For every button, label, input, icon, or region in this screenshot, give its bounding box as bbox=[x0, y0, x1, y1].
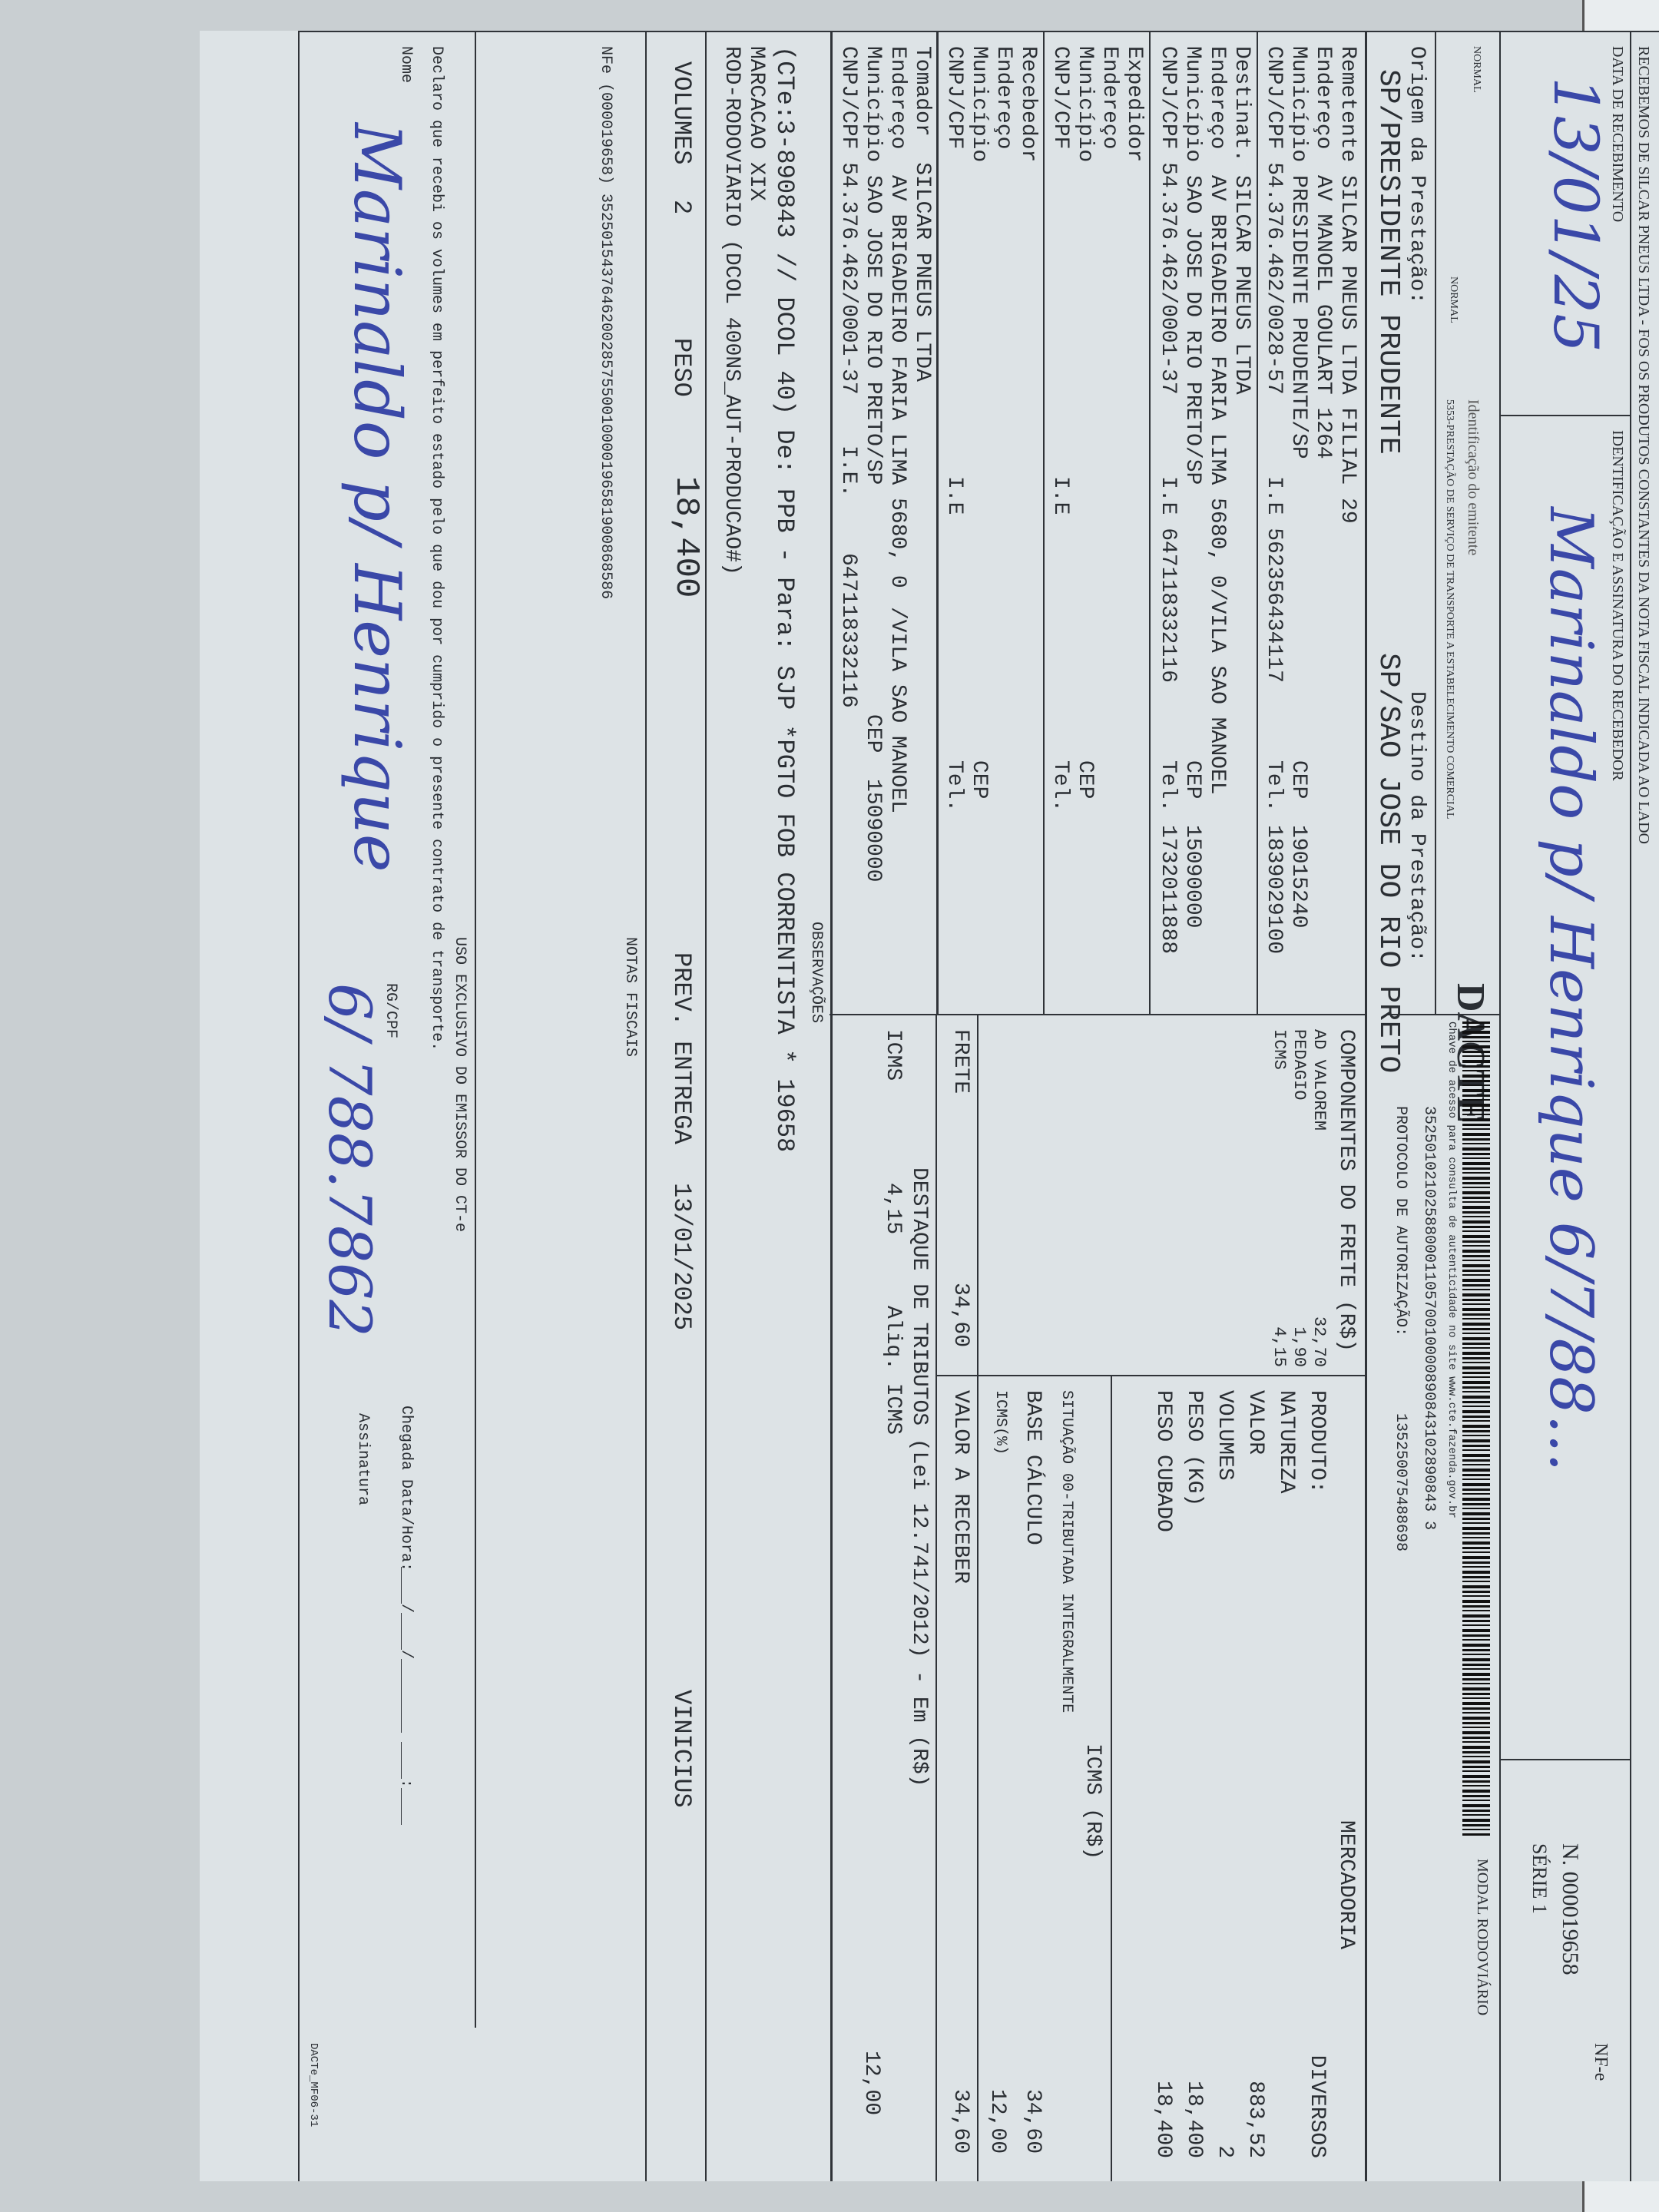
destinatario-address: AV BRIGADEIRO FARIA LIMA 5680, 0/VILA SA… bbox=[1205, 175, 1229, 795]
rg-handwritten[interactable]: 6/ 788.7862 bbox=[316, 983, 384, 1337]
volumes-label: VOLUMES bbox=[665, 61, 697, 164]
access-key-label: Chave de acesso para consulta de autenti… bbox=[1445, 1022, 1458, 1518]
origin-label: Origem da Prestação: bbox=[1404, 46, 1429, 304]
field-label: I.E bbox=[1048, 476, 1072, 515]
recebedor-label: Recebedor bbox=[1015, 46, 1040, 162]
tomador-district: /VILA SAO MANOEL bbox=[885, 607, 909, 813]
observation-line-3: ROD-RODOVIARIO (DCOL 400NS_AUT-PRODUCAO#… bbox=[719, 46, 743, 575]
frete-value: 34,60 bbox=[948, 1283, 972, 1347]
cte-type-right: NORMAL bbox=[1447, 276, 1459, 323]
field-label: Tel. bbox=[942, 760, 966, 812]
declaration: Declaro que recebi os volumes em perfeit… bbox=[427, 46, 445, 1051]
field-label: Endereço bbox=[991, 46, 1015, 149]
tomador-name: SILCAR PNEUS LTDA bbox=[910, 162, 934, 382]
field-label: CEP bbox=[861, 714, 885, 753]
modal-label: MODAL RODOVIÁRIO bbox=[1473, 1859, 1492, 2015]
icms-title: ICMS (R$) bbox=[1080, 1743, 1104, 1859]
icms-rate-value: 12,00 bbox=[985, 2089, 1009, 2154]
emitter-use-title: USO EXCLUSIVO DO EMISSOR DO CT-e bbox=[450, 937, 469, 1232]
remetente-ie: 562356434117 bbox=[1262, 528, 1286, 683]
icms-base-value: 34,60 bbox=[1020, 2089, 1045, 2154]
destination-label: Destino da Prestação: bbox=[1404, 691, 1429, 962]
destinatario-cnpj: 54.376.462/0001-37 bbox=[1156, 162, 1180, 394]
field-label: CNPJ/CPF bbox=[836, 46, 860, 149]
cargo-row-label: NATUREZA bbox=[1273, 1390, 1298, 1493]
field-label: I.E. bbox=[836, 445, 860, 497]
remetente-label: Remetente bbox=[1336, 46, 1359, 162]
protocol-label: PROTOCOLO DE AUTORIZAÇÃO: bbox=[1391, 1106, 1409, 1336]
form-code: DACTe_MF06-31 bbox=[307, 2043, 320, 2127]
origin-value: SP/PRESIDENTE PRUDENTE bbox=[1372, 69, 1404, 455]
field-label: Município bbox=[1072, 46, 1097, 162]
cargo-row-label: PESO (KG) bbox=[1181, 1390, 1206, 1506]
field-label: CNPJ/CPF bbox=[1262, 46, 1286, 149]
expedidor-label: Expedidor bbox=[1121, 46, 1146, 162]
access-key[interactable]: 3525010210258800011057001000089084310289… bbox=[1419, 1106, 1438, 1530]
remetente-city: PRESIDENTE PRUDENTE/SP bbox=[1286, 175, 1310, 459]
invoices-title: NOTAS FISCAIS bbox=[621, 937, 639, 1057]
cargo-row-value: DIVERSOS bbox=[1304, 2055, 1329, 2158]
nfe-label: NF-e bbox=[1588, 2043, 1613, 2081]
valor-receber-value: 34,60 bbox=[948, 2089, 972, 2154]
destination-value: SP/SAO JOSE DO RIO PRETO bbox=[1372, 653, 1404, 1073]
cargo-row-value: 18,400 bbox=[1181, 2081, 1206, 2158]
field-label: I.E bbox=[1262, 476, 1286, 515]
field-label: I.E bbox=[942, 476, 966, 515]
cargo-row-label: VALOR bbox=[1243, 1390, 1267, 1455]
field-label: CEP bbox=[1072, 760, 1097, 799]
signature-label: Assinatura bbox=[353, 1413, 372, 1505]
taxes-title: DESTAQUE DE TRIBUTOS (Lei 12.741/2012) -… bbox=[906, 1167, 931, 1787]
taxes-icms-value: 4,15 bbox=[880, 1183, 905, 1234]
cargo-row-label: VOLUMES bbox=[1212, 1390, 1237, 1481]
field-label: Endereço bbox=[1097, 46, 1121, 149]
name-handwritten[interactable]: Marinaldo p/ Henrique bbox=[339, 123, 415, 873]
cfop: 5353-PRESTAÇÃO DE SERVIÇO DE TRANSPORTE … bbox=[1443, 399, 1455, 819]
observations-title: OBSERVAÇÕES bbox=[806, 922, 825, 1023]
field-label: CEP bbox=[966, 760, 991, 799]
field-label: Endereço bbox=[886, 46, 909, 149]
field-label: Tel. bbox=[1048, 760, 1072, 812]
tomador-ie: 647118332116 bbox=[836, 553, 860, 708]
name-label: Nome bbox=[396, 46, 415, 83]
seller-name: VINICIUS bbox=[665, 1690, 697, 1808]
destinatario-label: Destinat. bbox=[1230, 46, 1253, 162]
cargo-row-value: 18,400 bbox=[1151, 2081, 1175, 2158]
field-label: Tel. bbox=[1156, 760, 1180, 812]
cargo-row-label: PRODUTO: bbox=[1304, 1390, 1329, 1493]
cte-type-left: NORMAL bbox=[1470, 46, 1482, 93]
cargo-row-label: PESO CUBADO bbox=[1151, 1390, 1175, 1532]
field-label: Endereço bbox=[1205, 46, 1229, 149]
remetente-cnpj: 54.376.462/0028-57 bbox=[1262, 162, 1286, 394]
destinatario-ie: 647118332116 bbox=[1156, 528, 1180, 683]
receipt-signature-handwritten[interactable]: Marinaldo p/ Henrique 6/7/88... bbox=[1536, 507, 1605, 1472]
destinatario-tel: 1732011888 bbox=[1156, 825, 1180, 954]
destinatario-city: SAO JOSE DO RIO PRETO/SP bbox=[1181, 175, 1204, 485]
icms-rate-label: ICMS(%) bbox=[991, 1390, 1009, 1455]
valor-receber-label: VALOR A RECEBER bbox=[948, 1390, 972, 1584]
remetente-name: SILCAR PNEUS LTDA FILIAL 29 bbox=[1336, 175, 1359, 524]
tomador-label: Tomador bbox=[910, 46, 934, 137]
prev-entrega-value: 13/01/2025 bbox=[665, 1183, 697, 1330]
field-label: CNPJ/CPF bbox=[1156, 46, 1180, 149]
receipt-date-handwritten[interactable]: 13/01/25 bbox=[1540, 77, 1611, 353]
tomador-city: SAO JOSE DO RIO PRETO/SP bbox=[861, 175, 885, 485]
observation-line-1: (CTe:3-890843 // DCOL 40) De: PPB - Para… bbox=[768, 46, 800, 1152]
access-key-barcode bbox=[1462, 1022, 1490, 1836]
field-label: CEP bbox=[1181, 760, 1204, 799]
freight-component-row: PEDAGIO1,90 bbox=[1289, 1029, 1309, 1367]
receipt-signature-label: IDENTIFICAÇÃO E ASSINATURA DO RECEBEDOR bbox=[1608, 430, 1627, 781]
taxes-aliq-value: 12,00 bbox=[859, 2051, 883, 2115]
field-label: Tel. bbox=[1262, 760, 1286, 812]
volumes-value: 2 bbox=[665, 200, 697, 214]
field-label: Município bbox=[1286, 46, 1310, 162]
nfe-number: N. 000019658 bbox=[1558, 1843, 1582, 1975]
cargo-row-value: 2 bbox=[1212, 2145, 1237, 2158]
icms-base-label: BASE CÁLCULO bbox=[1020, 1390, 1045, 1545]
taxes-aliq-label: Aliq. ICMS bbox=[880, 1306, 905, 1435]
icms-situation: SITUAÇÃO 00-TRIBUTADA INTEGRALMENTE bbox=[1057, 1390, 1075, 1713]
nfe-serie: SÉRIE 1 bbox=[1527, 1843, 1551, 1914]
field-label: CEP bbox=[1286, 760, 1310, 799]
remetente-tel: 1839029100 bbox=[1262, 825, 1286, 954]
cargo-row-value: 883,52 bbox=[1243, 2081, 1267, 2158]
peso-value: 18,400 bbox=[670, 476, 702, 598]
receipt-header: RECEBEMOS DE SILCAR PNEUS LTDA - FOS OS … bbox=[1634, 46, 1653, 844]
remetente-cep: 19015240 bbox=[1286, 825, 1310, 928]
field-label: Município bbox=[1181, 46, 1204, 162]
dacte-document: RECEBEMOS DE SILCAR PNEUS LTDA - FOS OS … bbox=[200, 31, 1659, 2181]
invoice-line: NFe (000019658) 352501543764620028575500… bbox=[596, 46, 614, 599]
freight-component-row: ICMS4,15 bbox=[1269, 1029, 1289, 1367]
freight-component-row: AD VALOREM32,70 bbox=[1309, 1029, 1329, 1367]
freight-components-title: COMPONENTES DO FRETE (R$) bbox=[1333, 1029, 1358, 1352]
frete-label: FRETE bbox=[948, 1029, 972, 1094]
cargo-title: MERCADORIA bbox=[1333, 1820, 1358, 1949]
taxes-icms-label: ICMS bbox=[880, 1029, 905, 1081]
field-label: CNPJ/CPF bbox=[942, 46, 966, 149]
field-label: I.E bbox=[1156, 476, 1180, 515]
tomador-cnpj: 54.376.462/0001-37 bbox=[836, 162, 860, 394]
observation-line-2: MARCACAO XIX bbox=[743, 46, 768, 201]
tomador-address: AV BRIGADEIRO FARIA LIMA 5680, 0 bbox=[886, 175, 909, 588]
remetente-address: AV MANOEL GOULART 1264 bbox=[1311, 175, 1335, 459]
prev-entrega-label: PREV. ENTREGA bbox=[665, 952, 697, 1144]
field-label: Endereço bbox=[1311, 46, 1335, 149]
field-label: CNPJ/CPF bbox=[1048, 46, 1072, 149]
arrival-label: Chegada Data/Hora: bbox=[396, 1406, 415, 1571]
destinatario-name: SILCAR PNEUS LTDA bbox=[1230, 175, 1253, 395]
freight-components: AD VALOREM32,70 PEDAGIO1,90 ICMS4,15 bbox=[1269, 1029, 1329, 1367]
destinatario-cep: 15090000 bbox=[1181, 825, 1204, 928]
emitter-title: Identificação do emitente bbox=[1464, 399, 1482, 555]
protocol-number: 135250075488698 bbox=[1391, 1413, 1409, 1551]
field-label: Município bbox=[966, 46, 991, 162]
field-label: Município bbox=[861, 46, 885, 162]
peso-label: PESO bbox=[665, 338, 697, 397]
arrival-blank[interactable]: ____/____/________ ____:____ bbox=[396, 1567, 415, 1825]
tomador-cep: 15090000 bbox=[861, 779, 885, 882]
